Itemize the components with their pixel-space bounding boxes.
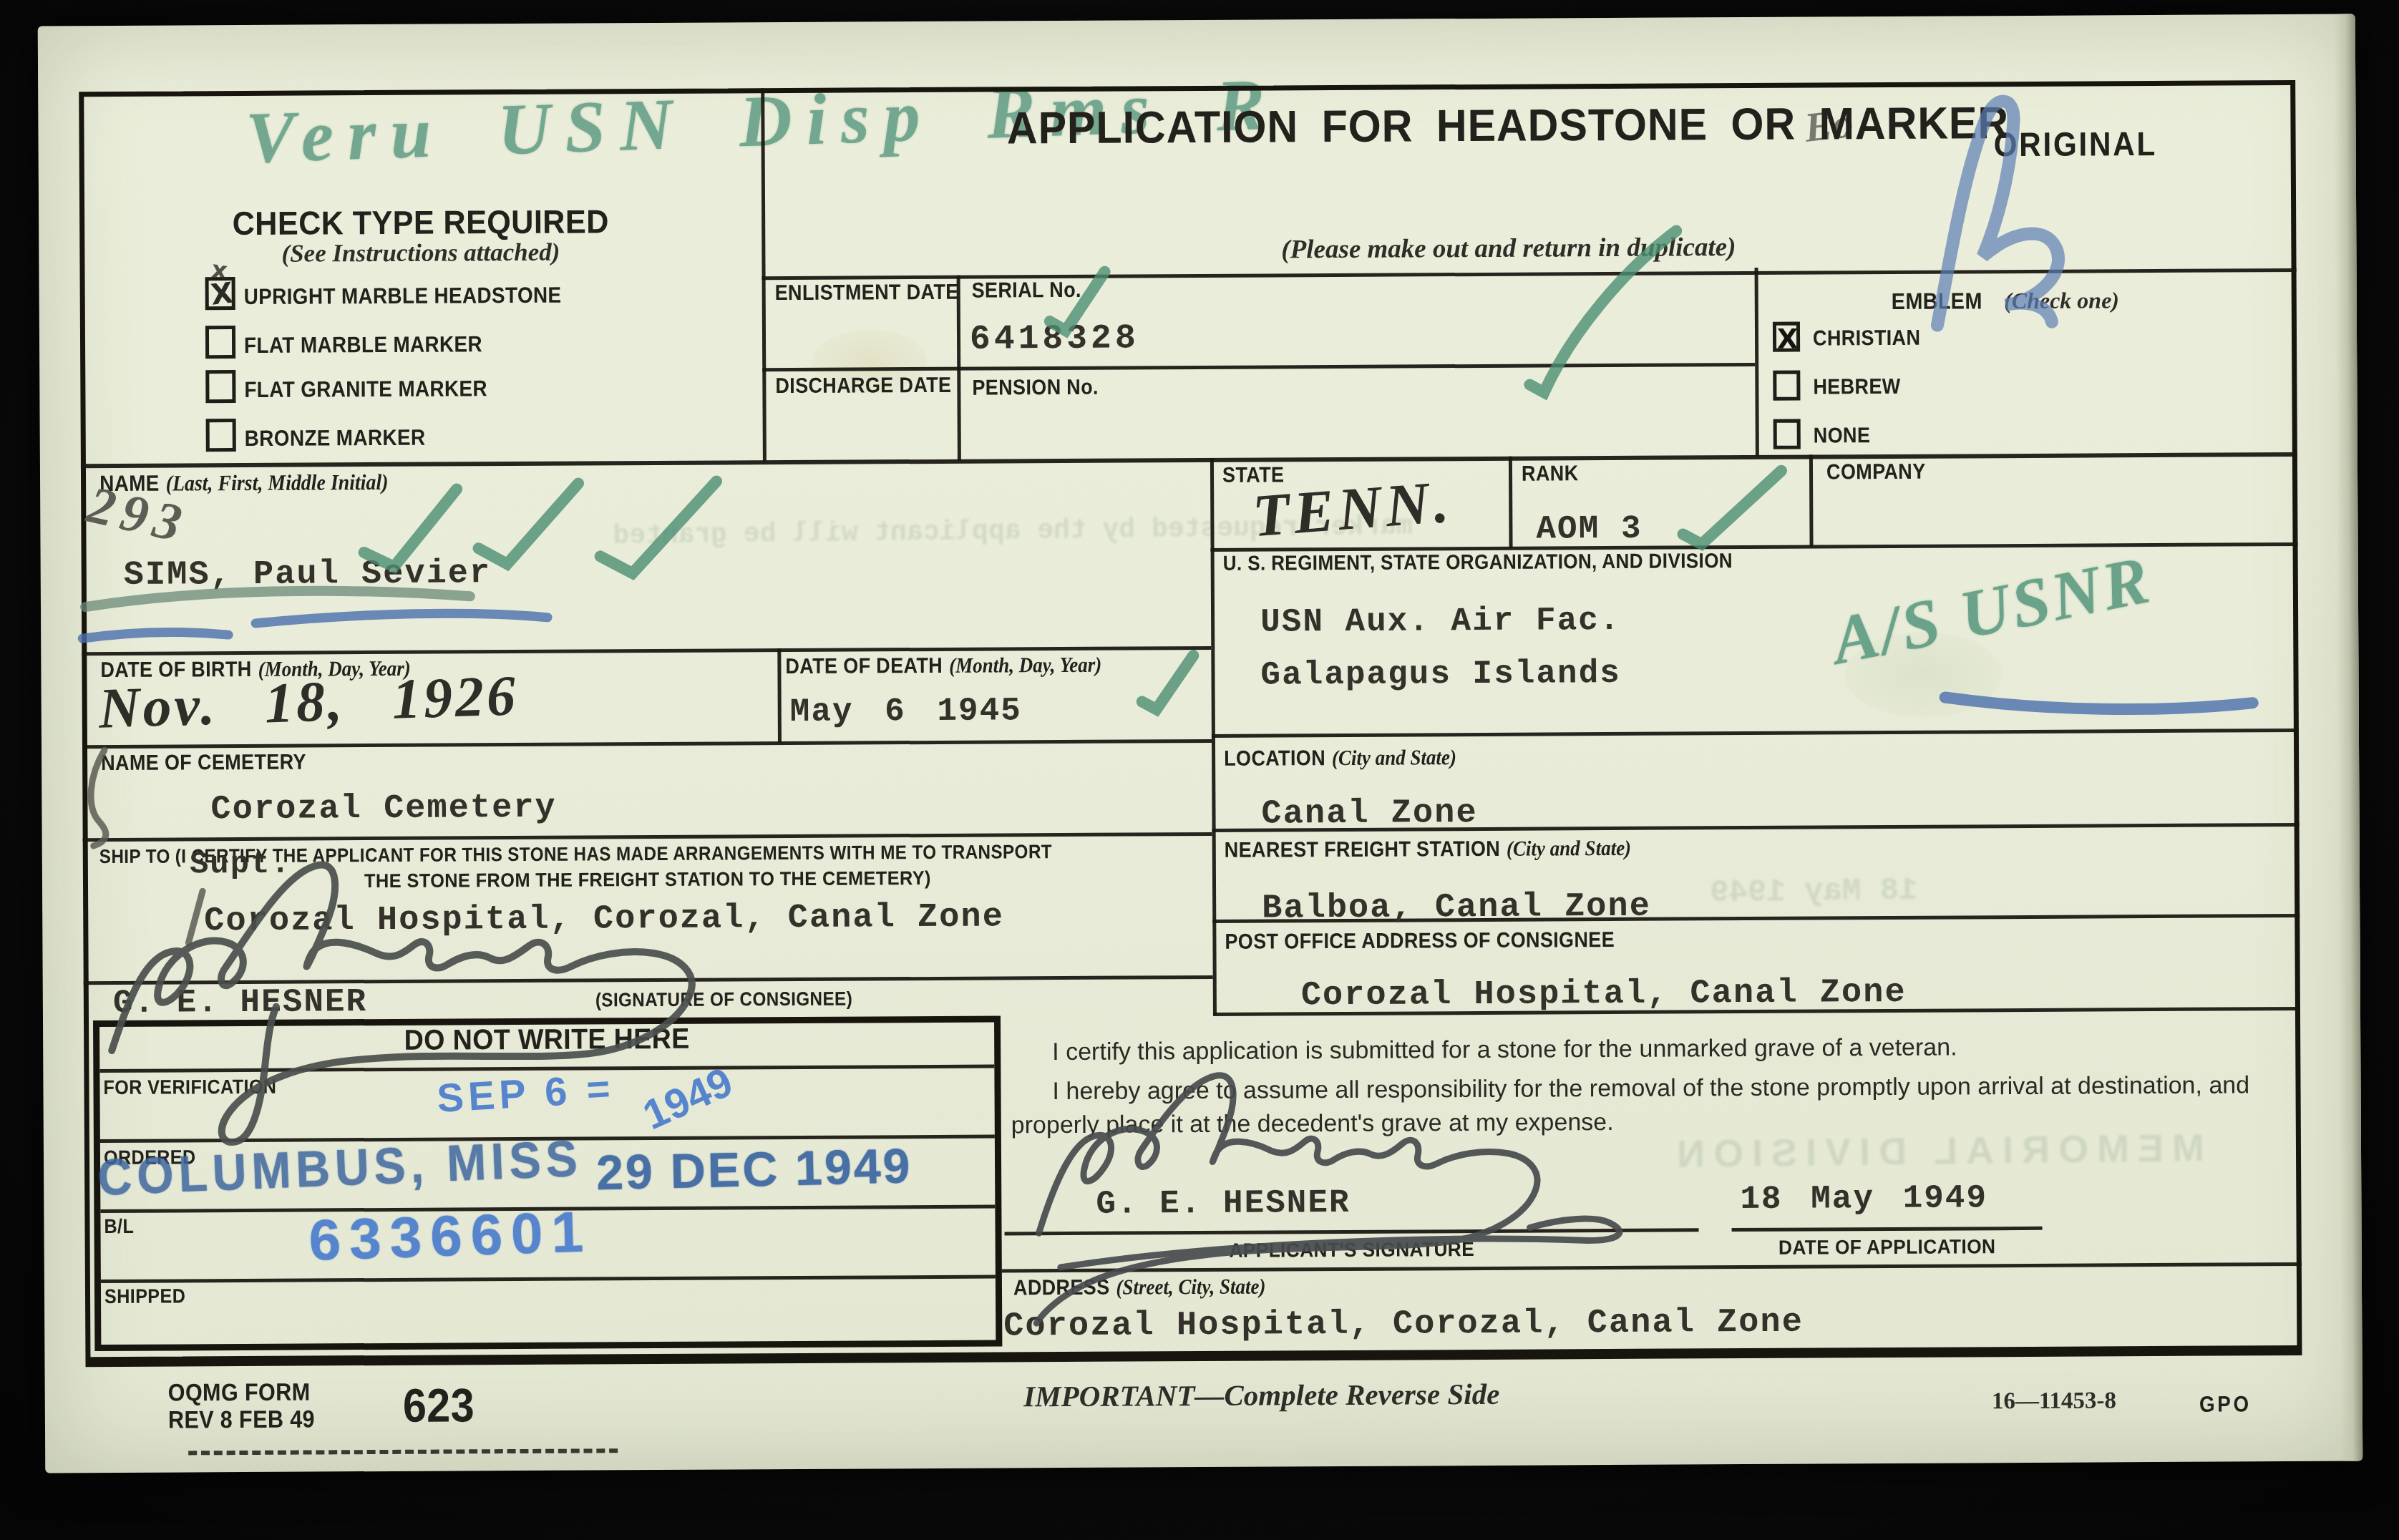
office-box-title: DO NOT WRITE HERE (120, 1022, 973, 1058)
cemetery-value: Corozal Cemetery (210, 789, 557, 829)
freight-label-hint: (City and State) (1507, 837, 1631, 861)
consignee-signature-caption: (SIGNATURE OF CONSIGNEE) (595, 988, 852, 1012)
checkbox-label: BRONZE MARKER (245, 425, 426, 452)
checkbox-hebrew (1773, 371, 1800, 401)
shipped-label: SHIPPED (104, 1285, 185, 1308)
address-value: Corozal Hospital, Corozal, Canal Zone (1003, 1304, 1804, 1346)
date-of-death-value: May 6 1945 (790, 692, 1022, 731)
checkbox-upright-marble-headstone (205, 277, 235, 310)
applicant-signature-label: APPLICANT'S SIGNATURE (1026, 1237, 1678, 1264)
discharge-date-label: DISCHARGE DATE (775, 374, 951, 399)
name-value: SIMS, Paul Sevier (124, 555, 492, 595)
bl-number-stamp: 6336601 (308, 1199, 593, 1273)
checkbox-label: FLAT MARBLE MARKER (244, 331, 482, 359)
emblem-option-label: CHRISTIAN (1813, 326, 1920, 351)
serial-no-label: SERIAL No. (972, 278, 1081, 303)
po-address-value: Corozal Hospital, Canal Zone (1301, 974, 1907, 1015)
regiment-value-line2: Galapagus Islands (1260, 655, 1621, 694)
checkbox-christian (1773, 322, 1800, 352)
location-label: LOCATION(City and State) (1224, 746, 1456, 771)
address-label-text: ADDRESS (1013, 1276, 1110, 1300)
ship-to-value: Corozal Hospital, Corozal, Canal Zone (204, 898, 1004, 940)
form-title: APPLICATION FOR HEADSTONE OR MARKER (806, 97, 2210, 155)
bl-label: B/L (104, 1215, 134, 1238)
checkbox-flat-marble-marker (205, 326, 235, 359)
print-code: 16—11453-8 (1992, 1388, 2116, 1415)
freight-label-text: NEAREST FREIGHT STATION (1225, 837, 1500, 862)
paper-edge-shadow (2334, 14, 2363, 1461)
application-date-label: DATE OF APPLICATION (1741, 1235, 2033, 1259)
certification-text: I certify this application is submitted … (1011, 1029, 2271, 1148)
dod-label-text: DATE OF DEATH (785, 654, 943, 678)
regiment-label: U. S. REGIMENT, STATE ORGANIZATION, AND … (1223, 550, 1733, 576)
application-date-value: 18 May 1949 (1740, 1179, 1987, 1218)
location-label-text: LOCATION (1224, 746, 1325, 771)
emblem-option-label: HEBREW (1813, 375, 1900, 400)
paper-form: marker requested by the applicant will b… (38, 14, 2363, 1473)
checkbox-label: FLAT GRANITE MARKER (244, 376, 487, 403)
gpo-label: GPO (2199, 1391, 2252, 1417)
form-number-prefix: OQMG FORM (168, 1379, 311, 1408)
consignee-name: G. E. HESNER (113, 983, 368, 1022)
location-label-hint: (City and State) (1332, 746, 1456, 770)
address-label: ADDRESS(Street, City, State) (1013, 1275, 1266, 1301)
important-note: IMPORTANT—Complete Reverse Side (904, 1376, 1620, 1414)
freight-station-value: Balboa, Canal Zone (1262, 888, 1651, 928)
certification-para1: I certify this application is submitted … (1011, 1029, 2270, 1069)
scanned-document-photo: marker requested by the applicant will b… (0, 0, 2399, 1540)
rule (777, 648, 782, 743)
rank-label: RANK (1522, 462, 1579, 486)
rule (1809, 455, 1814, 547)
ordered-date-stamp: 29 DEC 1949 (595, 1138, 913, 1201)
for-verification-label: FOR VERIFICATION (103, 1076, 276, 1099)
form-revision: REV 8 FEB 49 (168, 1405, 315, 1434)
name-label-hint: (Last, First, Middle Initial) (166, 469, 389, 496)
emblem-subtitle: (Check one) (2004, 287, 2119, 314)
perforation-line (188, 1448, 618, 1455)
checkbox-flat-granite-marker (205, 370, 235, 403)
applicant-name: G. E. HESNER (1096, 1184, 1351, 1223)
checkbox-bronze-marker (206, 419, 236, 452)
rank-value: AOM 3 (1536, 510, 1642, 548)
form-number: 623 (403, 1378, 475, 1433)
cemetery-label: NAME OF CEMETERY (101, 751, 306, 776)
serial-no-value: 6418328 (970, 319, 1139, 359)
emblem-option-label: NONE (1814, 424, 1871, 448)
emblem-title: EMBLEM (1891, 288, 1982, 315)
certification-para2: I hereby agree to assume all responsibil… (1011, 1068, 2270, 1142)
enlistment-date-label: ENLISTMENT DATE (775, 281, 959, 306)
address-label-hint: (Street, City, State) (1116, 1275, 1265, 1300)
ship-to-overtype: Supt. (190, 847, 291, 883)
po-address-label: POST OFFICE ADDRESS OF CONSIGNEE (1225, 928, 1615, 955)
dod-label-hint: (Month, Day, Year) (949, 653, 1101, 678)
pension-no-label: PENSION No. (972, 376, 1099, 401)
date-of-birth-value: Nov. 18, 1926 (97, 663, 519, 741)
company-label: COMPANY (1826, 460, 1926, 485)
regiment-value-line1: USN Aux. Air Fac. (1260, 602, 1621, 641)
checkbox-label: UPRIGHT MARBLE HEADSTONE (244, 283, 562, 310)
emblem-header: EMBLEM (Check one) (1755, 286, 2256, 316)
location-value: Canal Zone (1261, 794, 1477, 834)
check-type-subtitle: (See Instructions attached) (79, 237, 761, 269)
checkbox-none (1773, 419, 1801, 449)
freight-station-label: NEAREST FREIGHT STATION(City and State) (1225, 837, 1631, 863)
rule (1509, 457, 1513, 548)
date-of-death-label: DATE OF DEATH(Month, Day, Year) (785, 653, 1101, 679)
